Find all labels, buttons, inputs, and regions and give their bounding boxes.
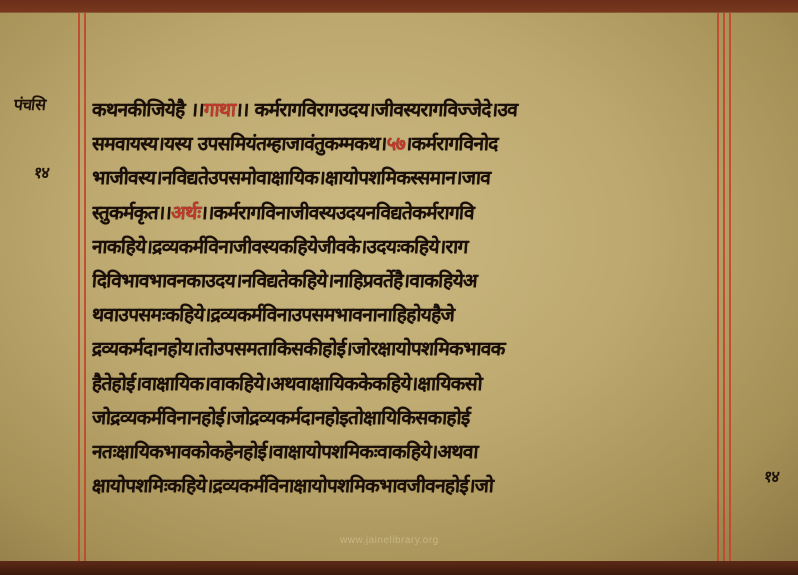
verse-number: ५७ (386, 133, 406, 155)
text-line: थवाउपसमःकहिये।द्रव्यकर्मविनाउपसमभावनानाह… (91, 298, 733, 332)
manuscript-folio: पंचसि १४ १४ कथनकीजियेहै ।।गाथा।। कर्मराग… (0, 12, 798, 561)
left-rule-line-2 (84, 13, 86, 561)
text-line: स्तुकर्मकृत।।अर्थः।।कर्मरागविनाजीवस्यउदय… (91, 196, 733, 230)
right-margin-folio-number: १४ (763, 465, 780, 487)
text-line: हैतेहोई।वाक्षायिक।वाकहिये।अथवाक्षायिककेक… (91, 367, 733, 401)
left-margin-title: पंचसि (13, 93, 47, 115)
text-line: समवायस्य।यस्य उपसमियंतम्हाजावंतुकम्मकथ।५… (91, 127, 733, 161)
text-line: द्रव्यकर्मदानहोय।तोउपसमताकिसकीहोई।जोरक्ष… (91, 332, 733, 366)
text-line: भाजीवस्य।नविद्यतेउपसमोवाक्षायिक।क्षायोपश… (91, 161, 733, 195)
watermark: www.jainelibrary.org (340, 535, 439, 546)
text-line: दिविभावभावनकाउदय।नविद्यतेकहिये।नाहिप्रवर… (91, 264, 733, 298)
text-line: जोद्रव्यकर्मविनानहोई।जोद्रव्यकर्मदानहोइत… (91, 401, 733, 435)
text-line: क्षायोपशमिःकहिये।द्रव्यकर्मविनाक्षायोपशम… (91, 469, 733, 503)
manuscript-text-block: कथनकीजियेहै ।।गाथा।। कर्मरागविरागउदय।जीव… (92, 93, 732, 503)
left-margin-folio-number: १४ (33, 161, 50, 183)
left-rule-line-1 (78, 13, 80, 561)
manuscript-photo: पंचसि १४ १४ कथनकीजियेहै ।।गाथा।। कर्मराग… (0, 0, 798, 573)
text-line: कथनकीजियेहै ।।गाथा।। कर्मरागविरागउदय।जीव… (91, 93, 733, 127)
rubric-word: गाथा (203, 99, 236, 121)
text-line: नतःक्षायिकभावकोकहेनहोई।वाक्षायोपशमिकःवाक… (91, 435, 733, 469)
rubric-word: अर्थः (170, 202, 201, 224)
text-line: नाकहिये।द्रव्यकर्मविनाजीवस्यकहियेजीवके।उ… (91, 230, 733, 264)
